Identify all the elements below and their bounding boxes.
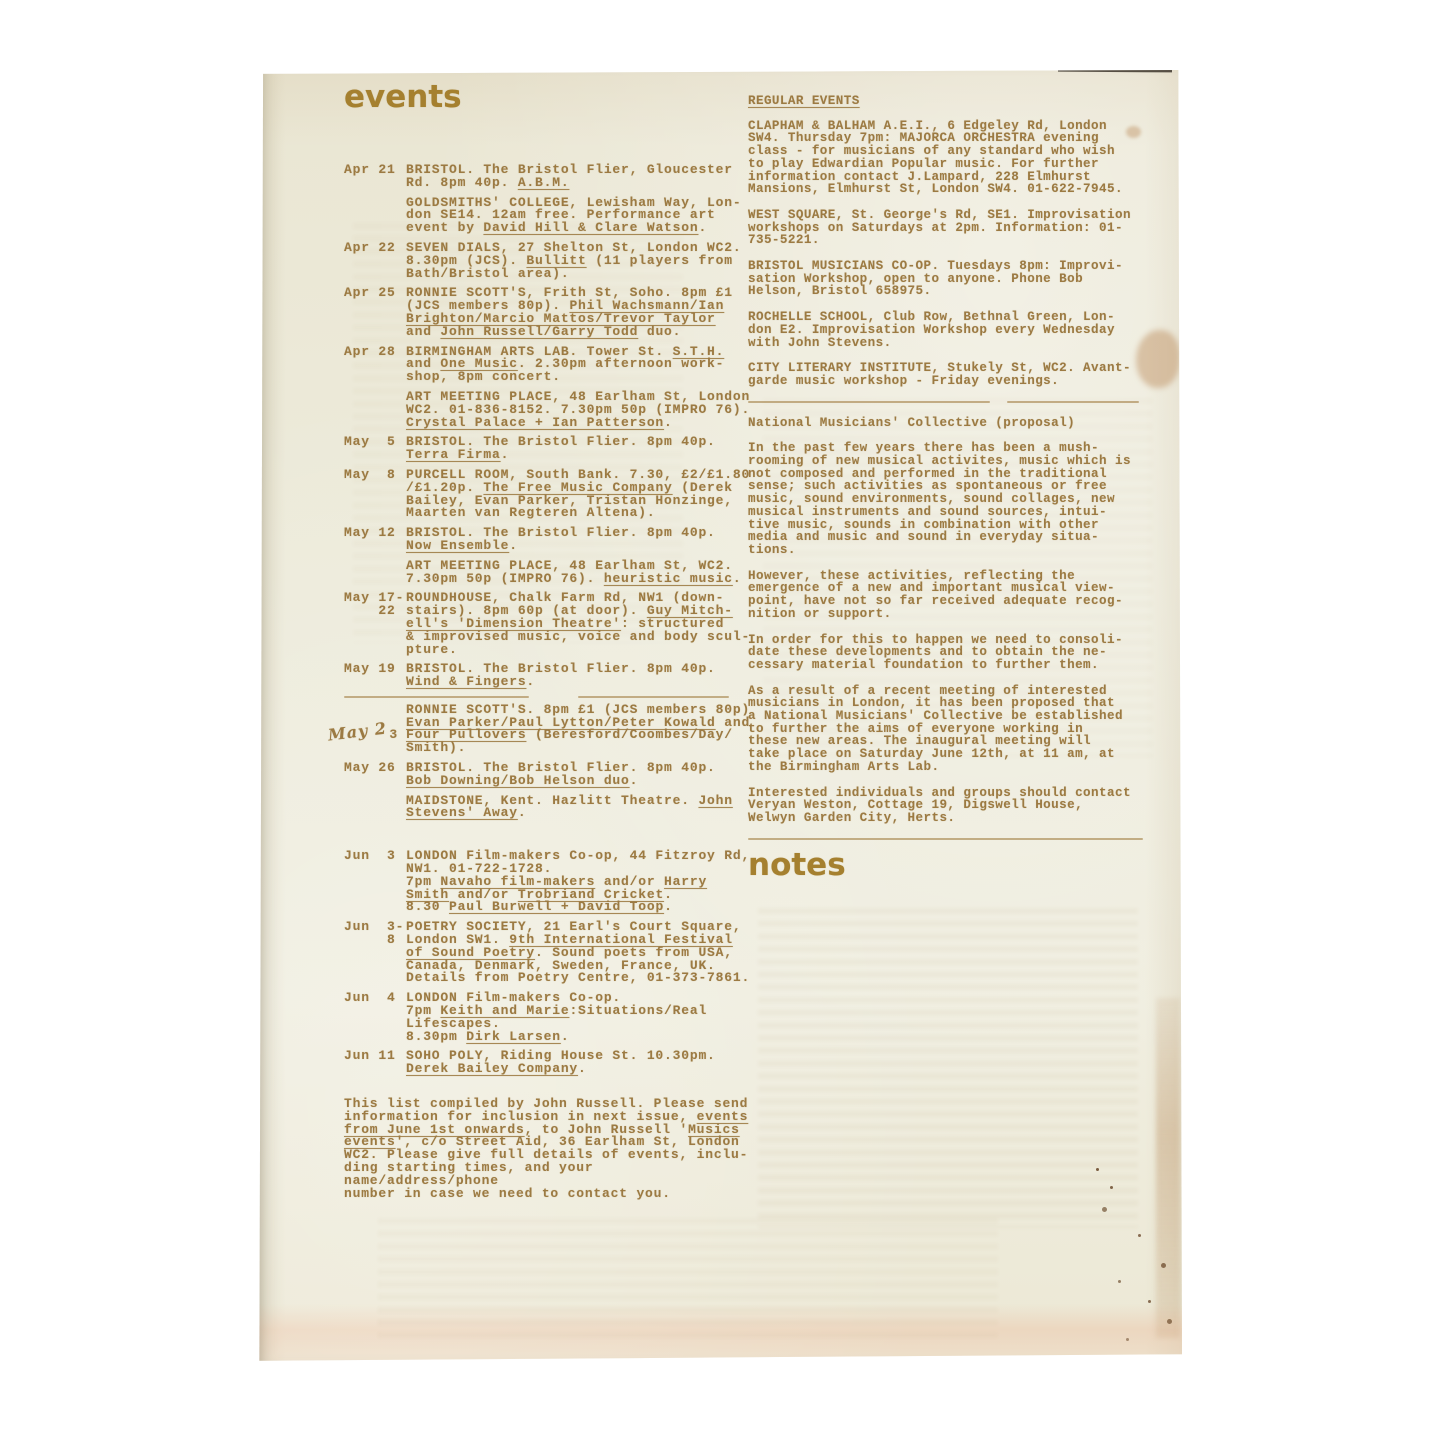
separator-line xyxy=(748,838,1173,840)
events-header: events xyxy=(344,82,754,112)
event-text: LONDON Film-makers Co-op, 44 Fitzroy Rd,… xyxy=(406,850,754,914)
event-date: May 8 xyxy=(344,469,406,520)
collective-paragraphs: In the past few years there has been a m… xyxy=(748,442,1173,824)
paragraph: CITY LITERARY INSTITUTE, Stukely St, WC2… xyxy=(748,362,1173,387)
event-date: Jun 4 xyxy=(344,992,406,1043)
event-row: May 26 BRISTOL. The Bristol Flier. 8pm 4… xyxy=(344,762,754,788)
separator-line xyxy=(344,696,754,698)
event-row: May 5 BRISTOL. The Bristol Flier. 8pm 40… xyxy=(344,436,754,462)
separator-line xyxy=(748,401,1173,403)
regular-events-list: CLAPHAM & BALHAM A.E.I., 6 Edgeley Rd, L… xyxy=(748,120,1173,388)
event-date: May 12 xyxy=(344,527,406,553)
paragraph: ROCHELLE SCHOOL, Club Row, Bethnal Green… xyxy=(748,311,1173,349)
collective-proposal-title: National Musicians' Collective (proposal… xyxy=(748,417,1173,430)
event-row: May 17- 22 ROUNDHOUSE, Chalk Farm Rd, NW… xyxy=(344,592,754,656)
notes-header: notes xyxy=(748,850,1173,880)
event-date: Jun 11 xyxy=(344,1050,406,1076)
event-text: RONNIE SCOTT'S, Frith St, Soho. 8pm £1 (… xyxy=(406,287,754,338)
events-list: Apr 21 BRISTOL. The Bristol Flier, Glouc… xyxy=(344,164,754,1076)
paragraph: As a result of a recent meeting of inter… xyxy=(748,685,1173,774)
event-text: BRISTOL. The Bristol Flier. 8pm 40p. Ter… xyxy=(406,436,754,462)
paragraph: Interested individuals and groups should… xyxy=(748,787,1173,825)
event-text: BRISTOL. The Bristol Flier. 8pm 40p. Bob… xyxy=(406,762,754,788)
event-row: GOLDSMITHS' COLLEGE, Lewisham Way, Lon- … xyxy=(344,197,754,235)
events-column: events Apr 21 BRISTOL. The Bristol Flier… xyxy=(344,82,754,1200)
event-row: Apr 28 BIRMINGHAM ARTS LAB. Tower St. S.… xyxy=(344,346,754,384)
event-date xyxy=(344,197,406,235)
event-text: BRISTOL. The Bristol Flier, Gloucester R… xyxy=(406,164,754,190)
coffee-stain xyxy=(1136,330,1180,388)
event-row: Apr 21 BRISTOL. The Bristol Flier, Glouc… xyxy=(344,164,754,190)
event-date: May 23 xyxy=(344,704,406,755)
event-row: Jun 11 SOHO POLY, Riding House St. 10.30… xyxy=(344,1050,754,1076)
event-text: BIRMINGHAM ARTS LAB. Tower St. S.T.H. an… xyxy=(406,346,754,384)
event-row: ART MEETING PLACE, 48 Earlham St, WC2. 7… xyxy=(344,560,754,586)
regular-events-header: REGULAR EVENTS xyxy=(748,95,1173,108)
event-text: SOHO POLY, Riding House St. 10.30pm. Der… xyxy=(406,1050,754,1076)
event-row: Jun 3- 8 POETRY SOCIETY, 21 Earl's Court… xyxy=(344,921,754,985)
event-row: May 8 PURCELL ROOM, South Bank. 7.30, £2… xyxy=(344,469,754,520)
event-text: ROUNDHOUSE, Chalk Farm Rd, NW1 (down- st… xyxy=(406,592,754,656)
event-text: ART MEETING PLACE, 48 Earlham St, WC2. 7… xyxy=(406,560,754,586)
paragraph: BRISTOL MUSICIANS CO-OP. Tuesdays 8pm: I… xyxy=(748,260,1173,298)
event-row: ART MEETING PLACE, 48 Earlham St, London… xyxy=(344,391,754,429)
event-date: May 17- 22 xyxy=(344,592,406,656)
event-text: RONNIE SCOTT'S. 8pm £1 (JCS members 80p)… xyxy=(406,704,754,755)
page-top-edge-shadow xyxy=(1058,68,1172,73)
event-row: May 19 BRISTOL. The Bristol Flier. 8pm 4… xyxy=(344,663,754,689)
event-date: May 5 xyxy=(344,436,406,462)
regular-events-title: REGULAR EVENTS xyxy=(748,94,860,108)
event-row: MAIDSTONE, Kent. Hazlitt Theatre. John S… xyxy=(344,795,754,821)
magazine-page: events Apr 21 BRISTOL. The Bristol Flier… xyxy=(258,68,1182,1362)
event-date: Apr 28 xyxy=(344,346,406,384)
event-text: LONDON Film-makers Co-op. 7pm Keith and … xyxy=(406,992,754,1043)
event-text: ART MEETING PLACE, 48 Earlham St, London… xyxy=(406,391,754,429)
paragraph: In order for this to happen we need to c… xyxy=(748,634,1173,672)
submission-note: This list compiled by John Russell. Plea… xyxy=(344,1098,754,1200)
event-text: POETRY SOCIETY, 21 Earl's Court Square, … xyxy=(406,921,754,985)
paragraph: WEST SQUARE, St. George's Rd, SE1. Impro… xyxy=(748,209,1173,247)
event-date: Jun 3 xyxy=(344,850,406,914)
bleed-through-texture xyxy=(378,1218,998,1338)
event-text: MAIDSTONE, Kent. Hazlitt Theatre. John S… xyxy=(406,795,754,821)
event-text: PURCELL ROOM, South Bank. 7.30, £2/£1.80… xyxy=(406,469,754,520)
event-text: GOLDSMITHS' COLLEGE, Lewisham Way, Lon- … xyxy=(406,197,754,235)
event-date xyxy=(344,391,406,429)
event-text: BRISTOL. The Bristol Flier. 8pm 40p. Now… xyxy=(406,527,754,553)
edge-stain xyxy=(1156,998,1180,1338)
event-date xyxy=(344,560,406,586)
event-row: Jun 4 LONDON Film-makers Co-op. 7pm Keit… xyxy=(344,992,754,1043)
event-date: Apr 25 xyxy=(344,287,406,338)
paragraph: CLAPHAM & BALHAM A.E.I., 6 Edgeley Rd, L… xyxy=(748,120,1173,196)
event-text: SEVEN DIALS, 27 Shelton St, London WC2. … xyxy=(406,242,754,280)
ink-specks xyxy=(1096,1168,1099,1171)
event-row: May 12 BRISTOL. The Bristol Flier. 8pm 4… xyxy=(344,527,754,553)
small-stain xyxy=(1126,126,1141,138)
event-date: Apr 22 xyxy=(344,242,406,280)
event-row: Apr 22 SEVEN DIALS, 27 Shelton St, Londo… xyxy=(344,242,754,280)
event-row: Jun 3 LONDON Film-makers Co-op, 44 Fitzr… xyxy=(344,850,754,914)
event-text: BRISTOL. The Bristol Flier. 8pm 40p. Win… xyxy=(406,663,754,689)
event-date: May 26 xyxy=(344,762,406,788)
regular-events-column: REGULAR EVENTS CLAPHAM & BALHAM A.E.I., … xyxy=(748,95,1173,880)
bleed-through-texture xyxy=(758,908,1138,1228)
event-row: Apr 25 RONNIE SCOTT'S, Frith St, Soho. 8… xyxy=(344,287,754,338)
paragraph: In the past few years there has been a m… xyxy=(748,442,1173,556)
event-row: May 23 RONNIE SCOTT'S. 8pm £1 (JCS membe… xyxy=(344,704,754,755)
event-date: May 19 xyxy=(344,663,406,689)
event-date xyxy=(344,795,406,821)
event-date: Jun 3- 8 xyxy=(344,921,406,985)
paragraph: However, these activities, reflecting th… xyxy=(748,570,1173,621)
event-date: Apr 21 xyxy=(344,164,406,190)
